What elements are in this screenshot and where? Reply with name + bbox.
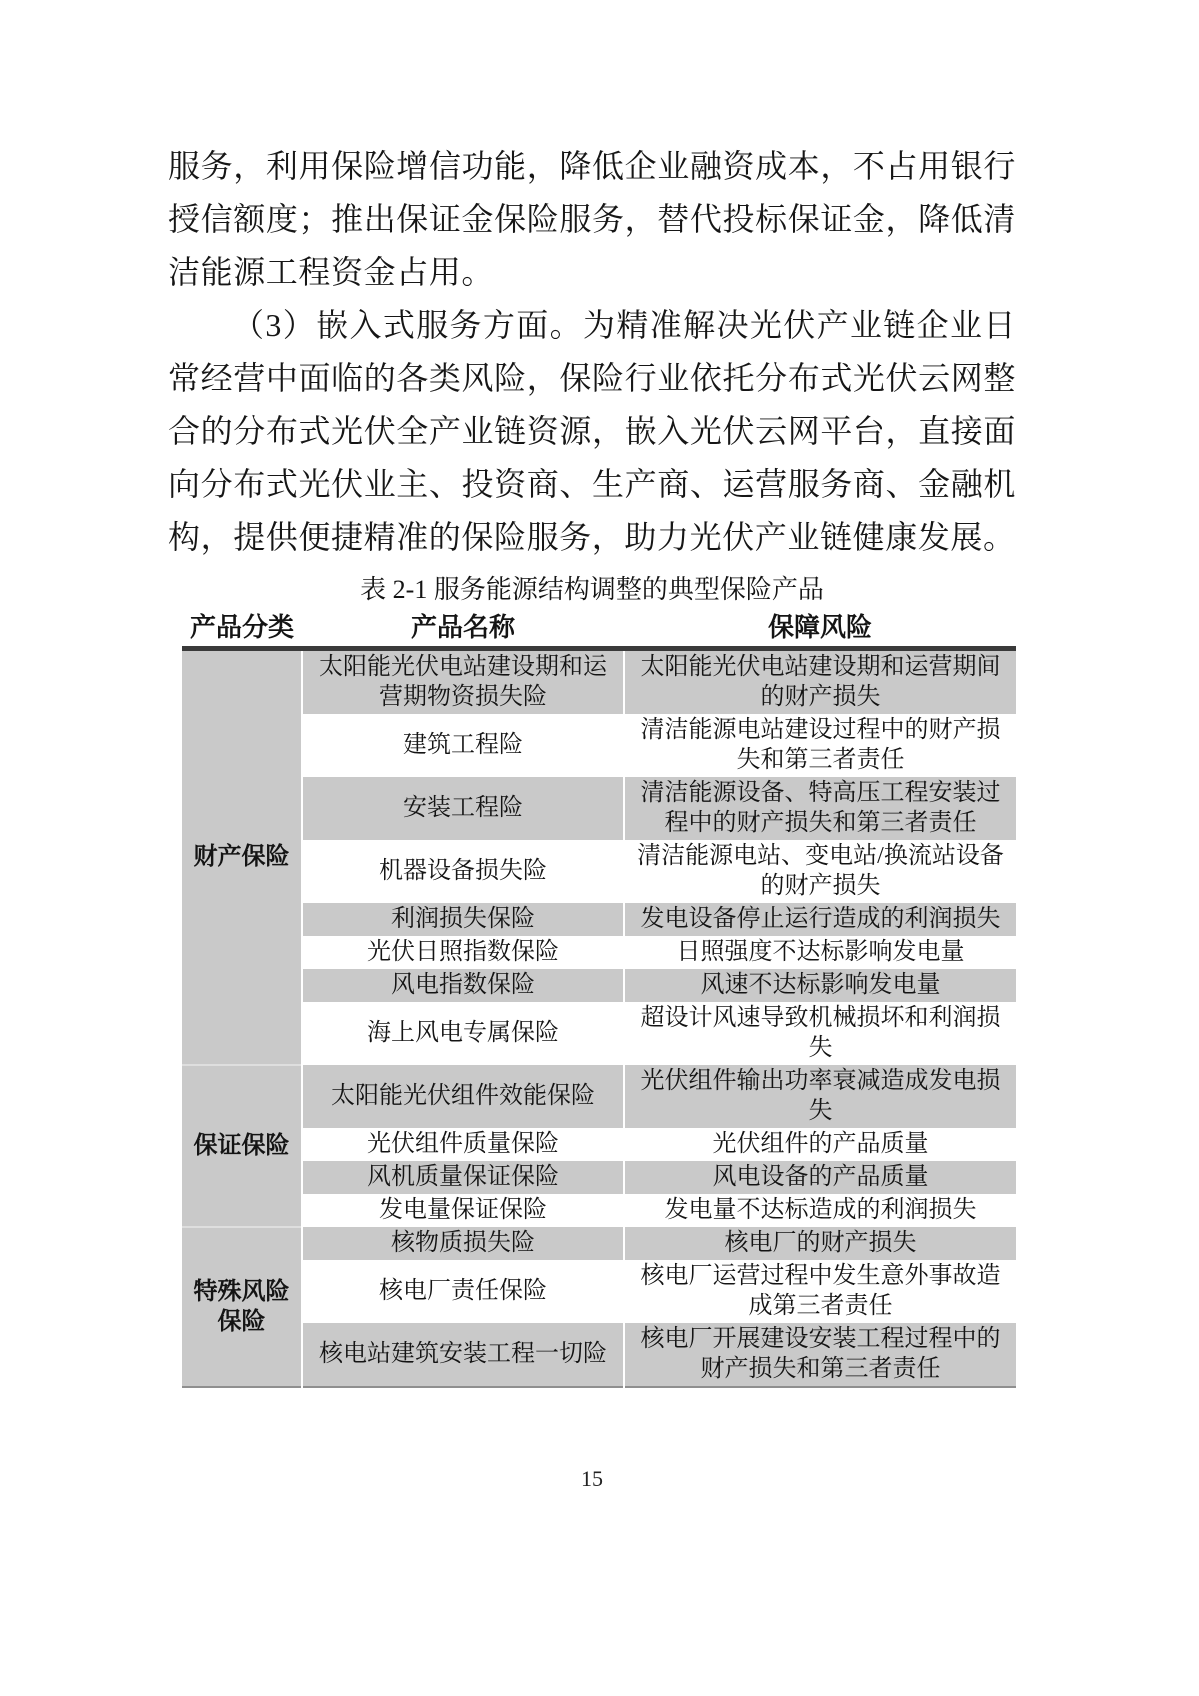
table-caption: 表 2-1 服务能源结构调整的典型保险产品 [168, 573, 1016, 606]
table-row: 核电厂责任保险核电厂运营过程中发生意外事故造成第三者责任 [182, 1260, 1016, 1323]
body-paragraph-1: 服务，利用保险增信功能，降低企业融资成本，不占用银行授信额度；推出保证金保险服务… [168, 140, 1016, 299]
insurance-products-table: 产品分类 产品名称 保障风险 财产保险太阳能光伏电站建设期和运营期物资损失险太阳… [182, 609, 1016, 1388]
category-cell: 保证保险 [182, 1065, 302, 1227]
product-cell: 核电站建筑安装工程一切险 [302, 1323, 624, 1387]
risk-cell: 风电设备的产品质量 [624, 1161, 1016, 1194]
table-row: 财产保险太阳能光伏电站建设期和运营期物资损失险太阳能光伏电站建设期和运营期间的财… [182, 649, 1016, 715]
product-cell: 海上风电专属保险 [302, 1002, 624, 1065]
risk-cell: 风速不达标影响发电量 [624, 969, 1016, 1002]
table-row: 海上风电专属保险超设计风速导致机械损坏和利润损失 [182, 1002, 1016, 1065]
product-cell: 安装工程险 [302, 777, 624, 840]
risk-cell: 发电量不达标造成的利润损失 [624, 1194, 1016, 1227]
product-cell: 核物质损失险 [302, 1227, 624, 1260]
table-row: 风机质量保证保险风电设备的产品质量 [182, 1161, 1016, 1194]
product-cell: 太阳能光伏组件效能保险 [302, 1065, 624, 1128]
risk-cell: 清洁能源电站、变电站/换流站设备的财产损失 [624, 840, 1016, 903]
risk-cell: 日照强度不达标影响发电量 [624, 936, 1016, 969]
product-cell: 太阳能光伏电站建设期和运营期物资损失险 [302, 649, 624, 715]
risk-cell: 核电厂的财产损失 [624, 1227, 1016, 1260]
risk-cell: 发电设备停止运行造成的利润损失 [624, 903, 1016, 936]
risk-cell: 清洁能源电站建设过程中的财产损失和第三者责任 [624, 714, 1016, 777]
page-number: 15 [168, 1466, 1016, 1492]
product-cell: 机器设备损失险 [302, 840, 624, 903]
category-cell: 财产保险 [182, 649, 302, 1066]
product-cell: 风电指数保险 [302, 969, 624, 1002]
table-row: 机器设备损失险清洁能源电站、变电站/换流站设备的财产损失 [182, 840, 1016, 903]
product-cell: 利润损失保险 [302, 903, 624, 936]
risk-cell: 太阳能光伏电站建设期和运营期间的财产损失 [624, 649, 1016, 715]
risk-cell: 超设计风速导致机械损坏和利润损失 [624, 1002, 1016, 1065]
risk-cell: 光伏组件的产品质量 [624, 1128, 1016, 1161]
column-header-product: 产品名称 [302, 609, 624, 649]
table-row: 保证保险太阳能光伏组件效能保险光伏组件输出功率衰减造成发电损失 [182, 1065, 1016, 1128]
product-cell: 发电量保证保险 [302, 1194, 624, 1227]
body-paragraph-2: （3）嵌入式服务方面。为精准解决光伏产业链企业日常经营中面临的各类风险，保险行业… [168, 299, 1016, 564]
table-row: 特殊风险保险核物质损失险核电厂的财产损失 [182, 1227, 1016, 1260]
column-header-risk: 保障风险 [624, 609, 1016, 649]
product-cell: 核电厂责任保险 [302, 1260, 624, 1323]
table-row: 安装工程险清洁能源设备、特高压工程安装过程中的财产损失和第三者责任 [182, 777, 1016, 840]
table-row: 核电站建筑安装工程一切险核电厂开展建设安装工程过程中的财产损失和第三者责任 [182, 1323, 1016, 1387]
table-row: 建筑工程险清洁能源电站建设过程中的财产损失和第三者责任 [182, 714, 1016, 777]
table-header-row: 产品分类 产品名称 保障风险 [182, 609, 1016, 649]
table-row: 光伏组件质量保险光伏组件的产品质量 [182, 1128, 1016, 1161]
product-cell: 风机质量保证保险 [302, 1161, 624, 1194]
table-row: 发电量保证保险发电量不达标造成的利润损失 [182, 1194, 1016, 1227]
table-row: 利润损失保险发电设备停止运行造成的利润损失 [182, 903, 1016, 936]
product-cell: 光伏组件质量保险 [302, 1128, 624, 1161]
product-cell: 建筑工程险 [302, 714, 624, 777]
risk-cell: 核电厂开展建设安装工程过程中的财产损失和第三者责任 [624, 1323, 1016, 1387]
risk-cell: 清洁能源设备、特高压工程安装过程中的财产损失和第三者责任 [624, 777, 1016, 840]
category-cell: 特殊风险保险 [182, 1227, 302, 1387]
risk-cell: 核电厂运营过程中发生意外事故造成第三者责任 [624, 1260, 1016, 1323]
table-row: 风电指数保险风速不达标影响发电量 [182, 969, 1016, 1002]
column-header-category: 产品分类 [182, 609, 302, 649]
document-page: 服务，利用保险增信功能，降低企业融资成本，不占用银行授信额度；推出保证金保险服务… [168, 140, 1016, 1492]
table-row: 光伏日照指数保险日照强度不达标影响发电量 [182, 936, 1016, 969]
product-cell: 光伏日照指数保险 [302, 936, 624, 969]
risk-cell: 光伏组件输出功率衰减造成发电损失 [624, 1065, 1016, 1128]
